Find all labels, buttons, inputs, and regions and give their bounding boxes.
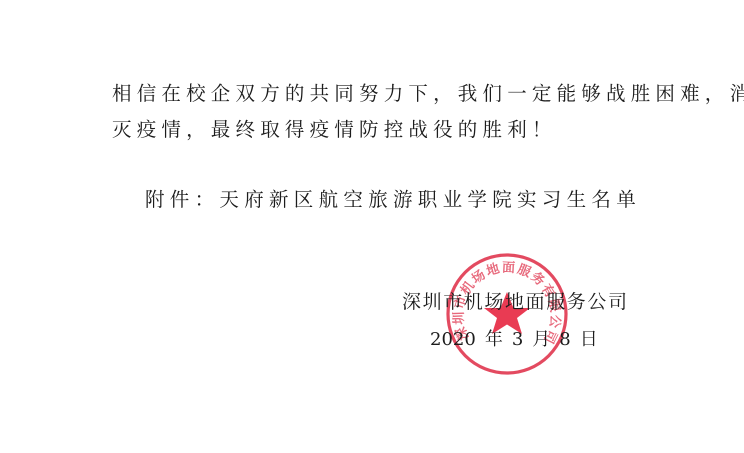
date-month-unit: 月: [532, 329, 550, 350]
official-seal-icon: 深圳市机场地面服务有限公司: [445, 252, 569, 376]
date-year-unit: 年: [485, 329, 503, 350]
date-month: 3: [512, 329, 523, 350]
document-page: 相信在校企双方的共同努力下，我们一定能够战胜困难，消 灭疫情，最终取得疫情防控战…: [0, 0, 744, 453]
signature-company: 深圳市机场地面服务公司: [402, 292, 629, 312]
date-year: 2020: [430, 329, 476, 350]
signature-date: 2020年3月8日: [430, 330, 598, 350]
body-paragraph-line-2: 灭疫情，最终取得疫情防控战役的胜利！: [112, 120, 557, 140]
attachment-note: 附件：天府新区航空旅游职业学院实习生名单: [145, 190, 641, 210]
date-day: 8: [559, 329, 570, 350]
body-paragraph-line-1: 相信在校企双方的共同努力下，我们一定能够战胜困难，消: [112, 84, 744, 104]
date-day-unit: 日: [580, 329, 598, 350]
